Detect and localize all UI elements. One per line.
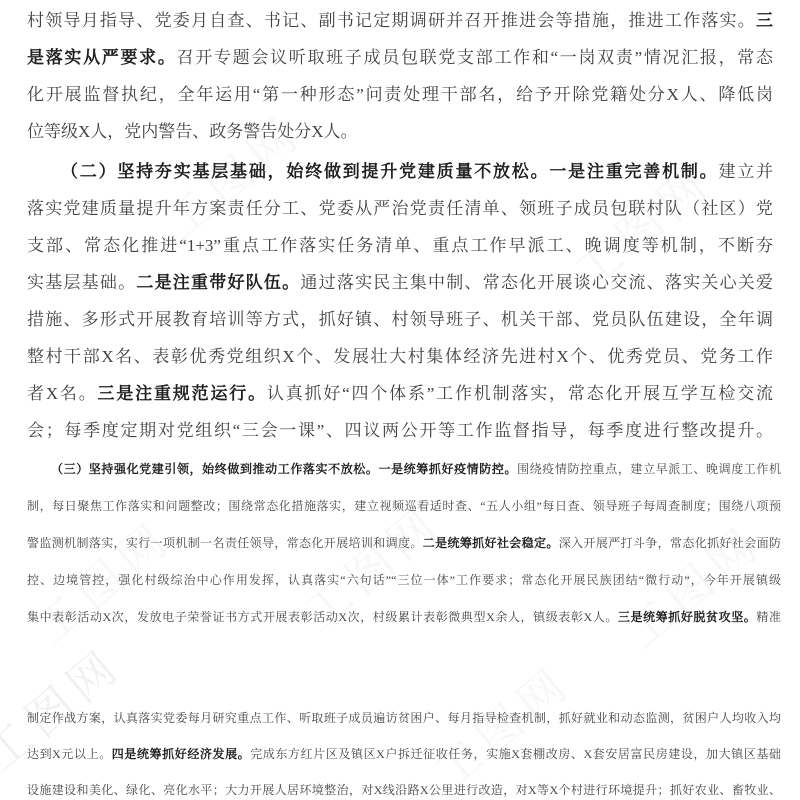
text-segment: 围绕疫情防控重点，建立早派工、晚调度工作机 — [517, 462, 781, 476]
document-body: 村领导月指导、党委月自查、书记、副书记定期调研并召开推进会等措施，推进工作落实。… — [0, 2, 800, 800]
text-segment: 深入开展严打斗争，常态化抓好社会面防 — [559, 536, 781, 550]
text-segment: 支部、常态化推进“1+3”重点工作落实任务清单、重点工作早派工、晚调度等机制，不… — [27, 236, 773, 255]
text-line: 集中表彰活动X次，发放电子荣誉证书方式开展表彰活动X次，村级累计表彰微典型X余人… — [27, 599, 781, 636]
text-segment: 认真抓好“四个体系”工作机制落实，常态化开展互学互检交流 — [267, 384, 773, 403]
text-line: 会；每季度定期对党组织“三会一课”、四议两公开等工作监督指导，每季度进行整改提升… — [27, 412, 773, 449]
text-line: 控、边境管控，强化村级综治中心作用发挥，认真落实“六句话”“三位一体”工作要求；… — [27, 562, 781, 599]
text-line: 化开展监督执纪，全年运用“第一种形态”问责处理干部名，给予开除党籍处分X人、降低… — [27, 76, 773, 113]
text-segment: 通过落实民主集中制、常态化开展谈心交流、落实关心关爱 — [300, 273, 773, 292]
text-segment: 完成东方红片区及镇区X户拆迁征收任务，实施X套棚改房、X套安居富民房建设，加大镇… — [250, 747, 781, 761]
text-line: 落实党建质量提升年方案责任分工、党委从严治党责任清单、领班子成员包联村队（社区）… — [27, 190, 773, 227]
paragraph-3-continued: 制定作战方案，认真落实党委每月研究重点工作、听取班子成员遍访贫困户、每月指导检查… — [0, 700, 800, 800]
text-line: 警监测机制落实，实行一项机制一名责任领导，常态化开展培训和调度。二是统筹抓好社会… — [27, 525, 781, 562]
bold-text-segment: 三 — [756, 11, 773, 30]
text-segment: 化开展监督执纪，全年运用“第一种形态”问责处理干部名，给予开除党籍处分X人、降低… — [27, 85, 773, 104]
bold-text-segment: 二是注重带好队伍。 — [136, 273, 300, 292]
text-line: 支部、常态化推进“1+3”重点工作落实任务清单、重点工作早派工、晚调度等机制，不… — [27, 227, 773, 264]
text-line: 村领导月指导、党委月自查、书记、副书记定期调研并召开推进会等措施，推进工作落实。… — [27, 2, 773, 39]
text-line: 整村干部X名、表彰优秀党组织X个、发展壮大村集体经济先进村X个、优秀党员、党务工… — [27, 338, 773, 375]
text-line: 者X名。三是注重规范运行。认真抓好“四个体系”工作机制落实，常态化开展互学互检交… — [27, 375, 773, 412]
text-segment: 会；每季度定期对党组织“三会一课”、四议两公开等工作监督指导，每季度进行整改提升… — [27, 421, 773, 440]
text-segment: 警监测机制落实，实行一项机制一名责任领导，常态化开展培训和调度。 — [27, 536, 423, 550]
bold-text-segment: 四是统筹抓好经济发展。 — [112, 747, 250, 761]
text-line: 措施、多形式开展教育培训等方式，抓好镇、村领导班子、机关干部、党员队伍建设，全年… — [27, 301, 773, 338]
document-page: 工图网 工图网 工图网 工图网 工图网 工图网 工图网 村领导月指导、党委月自查… — [0, 2, 800, 800]
bold-text-segment: 三是注重规范运行。 — [98, 384, 267, 403]
text-line: （二）坚持夯实基层基础，始终做到提升党建质量不放松。一是注重完善机制。建立并 — [27, 153, 773, 190]
text-segment: 控、边境管控，强化村级综治中心作用发挥，认真落实“六句话”“三位一体”工作要求；… — [27, 573, 781, 587]
bold-text-segment: 三是统筹抓好脱贫攻坚。 — [618, 610, 756, 624]
text-segment: 制定作战方案，认真落实党委每月研究重点工作、听取班子成员遍访贫困户、每月指导检查… — [27, 711, 781, 725]
text-line: （三）坚持强化党建引领，始终做到推动工作落实不放松。一是统筹抓好疫情防控。围绕疫… — [27, 451, 781, 488]
bold-text-segment: （二）坚持夯实基层基础，始终做到提升党建质量不放松。一是注重完善机制。 — [61, 162, 718, 181]
text-line: 达到X元以上。四是统筹抓好经济发展。完成东方红片区及镇区X户拆迁征收任务，实施X… — [27, 736, 781, 772]
text-line: 是落实从严要求。召开专题会议听取班子成员包联党支部工作和“一岗双责”情况汇报，常… — [27, 39, 773, 76]
text-line: 位等级X人，党内警告、政务警告处分X人。 — [27, 113, 773, 150]
text-segment: 村领导月指导、党委月自查、书记、副书记定期调研并召开推进会等措施，推进工作落实。 — [27, 11, 756, 30]
text-segment: 位等级X人，党内警告、政务警告处分X人。 — [27, 122, 358, 141]
text-line: 制，每日聚焦工作落实和问题整改；围绕常态化措施落实，建立视频巡看适时查、“五人小… — [27, 488, 781, 525]
text-line: 制定作战方案，认真落实党委每月研究重点工作、听取班子成员遍访贫困户、每月指导检查… — [27, 700, 781, 736]
text-segment: 建立并 — [718, 162, 773, 181]
text-segment: 措施、多形式开展教育培训等方式，抓好镇、村领导班子、机关干部、党员队伍建设，全年… — [27, 310, 773, 329]
bold-text-segment: （三）坚持强化党建引领，始终做到推动工作落实不放松。一是统筹抓好疫情防控。 — [51, 462, 517, 476]
text-segment: 者X名。 — [27, 384, 98, 403]
text-line: 设施建设和美化、绿化、亮化水平；大力开展人居环境整治，对X线沿路X公里进行改造，… — [27, 772, 781, 800]
text-segment: 设施建设和美化、绿化、亮化水平；大力开展人居环境整治，对X线沿路X公里进行改造，… — [27, 783, 781, 797]
paragraph-3: （三）坚持强化党建引领，始终做到推动工作落实不放松。一是统筹抓好疫情防控。围绕疫… — [0, 451, 800, 636]
text-segment: 整村干部X名、表彰优秀党组织X个、发展壮大村集体经济先进村X个、优秀党员、党务工… — [27, 347, 773, 366]
text-segment: 集中表彰活动X次，发放电子荣誉证书方式开展表彰活动X次，村级累计表彰微典型X余人… — [27, 610, 618, 624]
bold-text-segment: 二是统筹抓好社会稳定。 — [423, 536, 559, 550]
text-segment: 落实党建质量提升年方案责任分工、党委从严治党责任清单、领班子成员包联村队（社区）… — [27, 199, 773, 218]
text-segment: 实基层基础。 — [27, 273, 136, 292]
paragraph-1-continuation: 村领导月指导、党委月自查、书记、副书记定期调研并召开推进会等措施，推进工作落实。… — [0, 2, 800, 150]
text-line: 实基层基础。二是注重带好队伍。通过落实民主集中制、常态化开展谈心交流、落实关心关… — [27, 264, 773, 301]
text-segment: 制，每日聚焦工作落实和问题整改；围绕常态化措施落实，建立视频巡看适时查、“五人小… — [27, 499, 781, 513]
paragraph-2: （二）坚持夯实基层基础，始终做到提升党建质量不放松。一是注重完善机制。建立并落实… — [0, 153, 800, 449]
text-segment: 召开专题会议听取班子成员包联党支部工作和“一岗双责”情况汇报，常态 — [177, 48, 773, 67]
text-segment: 达到X元以上。 — [27, 747, 112, 761]
text-segment: 精准 — [756, 610, 781, 624]
bold-text-segment: 是落实从严要求。 — [27, 48, 177, 67]
